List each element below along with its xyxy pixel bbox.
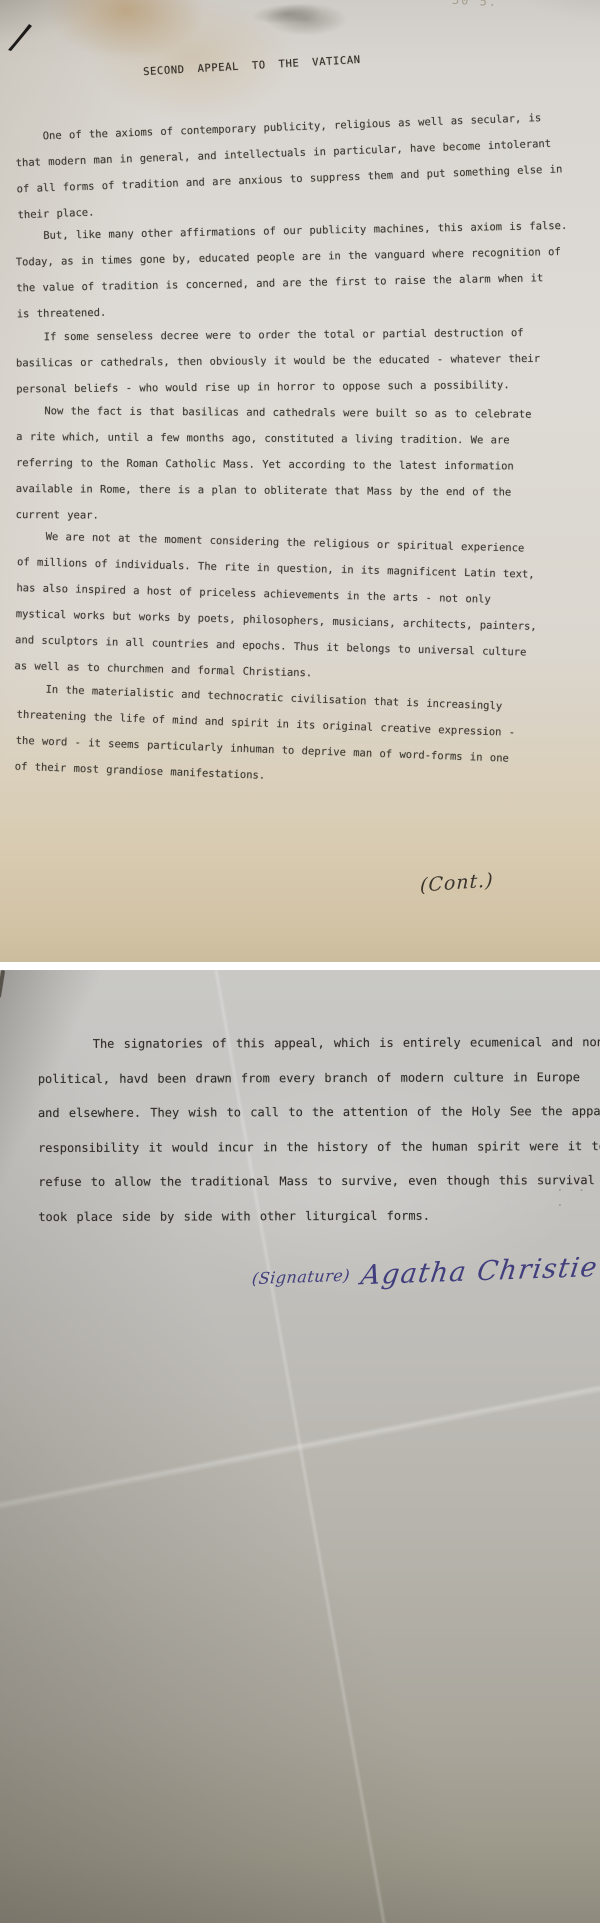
corner-number-annotation: 50 5. bbox=[452, 0, 499, 9]
typed-body-page2: The signatories of this appeal, which is… bbox=[38, 1025, 600, 1234]
pencil-dots-annotation: . . . bbox=[556, 1180, 600, 1210]
typed-line: political, havd been drawn from every br… bbox=[38, 1059, 600, 1096]
photo-page-1: 50 5. SECOND APPEAL TO THE VATICAN One o… bbox=[0, 0, 600, 962]
pen-mark bbox=[5, 20, 39, 54]
typed-paragraph: In the materialistic and technocratic ci… bbox=[14, 676, 583, 801]
typed-paragraph: We are not at the moment considering the… bbox=[14, 523, 584, 693]
photo-page-2: The signatories of this appeal, which is… bbox=[0, 970, 600, 1923]
typed-line: a rite which, until a few months ago, co… bbox=[16, 424, 582, 454]
typed-line: responsibility it would incur in the his… bbox=[38, 1128, 600, 1165]
typed-line: and elsewhere. They wish to call to the … bbox=[38, 1094, 600, 1131]
typed-paragraph: Now the fact is that basilicas and cathe… bbox=[16, 398, 583, 532]
signature-name: Agatha Christie bbox=[359, 1252, 600, 1291]
page-title: SECOND APPEAL TO THE VATICAN bbox=[143, 54, 361, 78]
typed-line: took place side by side with other litur… bbox=[38, 1197, 600, 1234]
typed-line: Now the fact is that basilicas and cathe… bbox=[16, 398, 582, 428]
typed-line: available in Rome, there is a plan to ob… bbox=[16, 476, 582, 506]
typed-line: refuse to allow the traditional Mass to … bbox=[38, 1163, 600, 1200]
typed-paragraph: If some senseless decree were to order t… bbox=[16, 320, 583, 403]
typed-paragraph: But, like many other affirmations of our… bbox=[15, 213, 583, 328]
typed-line: referring to the Roman Catholic Mass. Ye… bbox=[16, 450, 582, 480]
typed-line: The signatories of this appeal, which is… bbox=[38, 1025, 600, 1062]
smudge-mark bbox=[251, 2, 322, 27]
cont-note: (Cont.) bbox=[420, 869, 494, 896]
signature-line: (Signature) Agatha Christie bbox=[252, 1252, 599, 1295]
photo-edge-mark bbox=[0, 970, 5, 998]
typed-paragraph: One of the axioms of contemporary public… bbox=[14, 104, 583, 229]
typed-body-page1: One of the axioms of contemporary public… bbox=[16, 114, 582, 790]
signature-label: (Signature) bbox=[251, 1266, 351, 1289]
